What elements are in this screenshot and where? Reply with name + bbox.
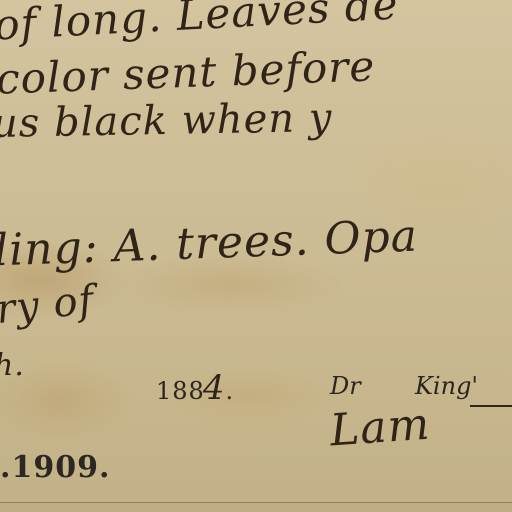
signature: Lam (328, 399, 432, 457)
handwritten-line-4: ling: A. trees. Opa (0, 211, 419, 277)
handwritten-line-5: ry of (0, 277, 96, 333)
year-period: . (225, 377, 234, 405)
collector-underline (470, 405, 512, 407)
printed-year-digits: 188 (156, 377, 205, 405)
handwritten-line-3: us black when y (0, 95, 333, 147)
printed-year: 1884. (156, 368, 234, 408)
herbarium-label-paper: of long. Leaves de color sent before us … (0, 0, 512, 512)
handwritten-line-6: h. (0, 348, 25, 383)
stamp-number: .1909. (0, 450, 110, 485)
handwritten-year-digit: 4 (203, 368, 226, 408)
label-bottom-margin (0, 503, 512, 512)
collector-name: King' (415, 372, 478, 400)
collector-prefix: Dr (330, 372, 361, 400)
